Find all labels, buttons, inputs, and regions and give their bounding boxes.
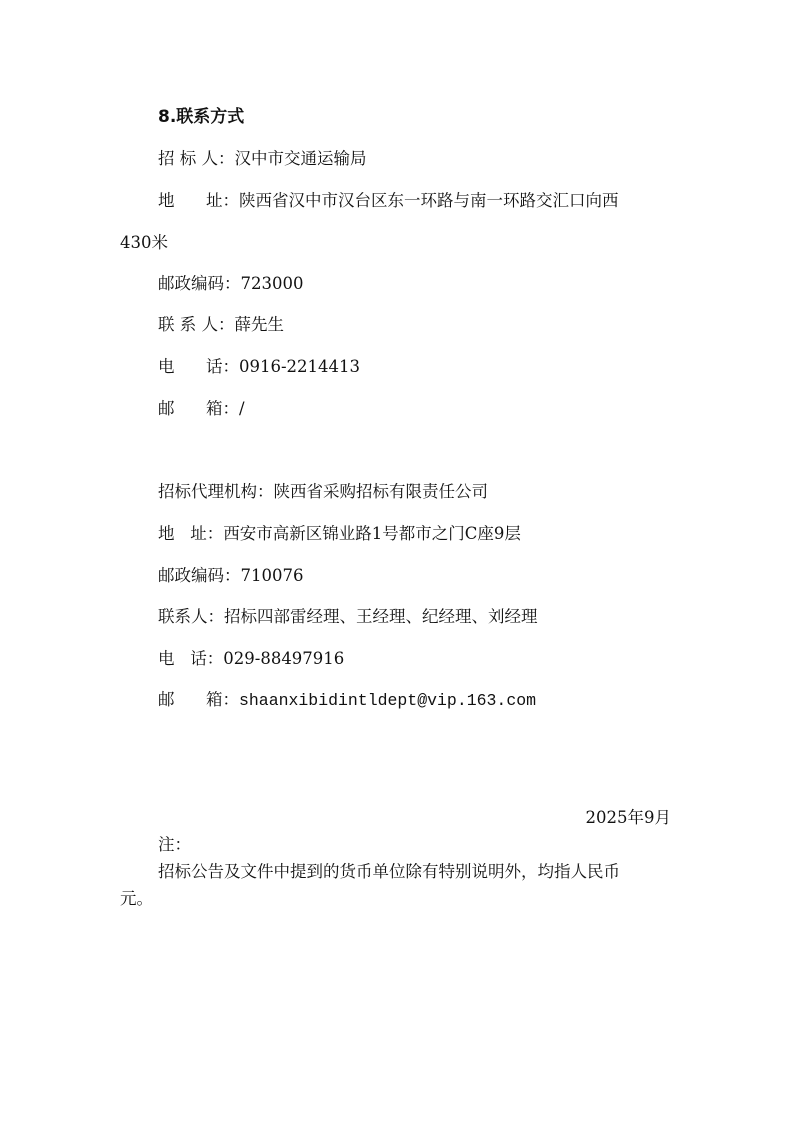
- tenderer-address-label: 地 址：: [158, 191, 239, 210]
- agency-name-label: 招标代理机构：: [158, 482, 274, 501]
- agency-name: 陕西省采购招标有限责任公司: [274, 482, 489, 501]
- agency-address-row: 地 址：西安市高新区锦业路1号都市之门C座9层: [158, 524, 521, 544]
- tenderer-phone: 0916-2214413: [239, 357, 360, 376]
- tenderer-name-row: 招 标 人：汉中市交通运输局: [158, 149, 367, 169]
- agency-contact-row: 联系人：招标四部雷经理、王经理、纪经理、刘经理: [158, 607, 538, 627]
- tenderer-contact: 薛先生: [235, 315, 285, 334]
- tenderer-phone-label: 电 话：: [158, 357, 239, 376]
- agency-phone-label: 电 话：: [158, 649, 223, 668]
- tenderer-address: 陕西省汉中市汉台区东一环路与南一环路交汇口向西: [239, 191, 619, 210]
- agency-name-row: 招标代理机构：陕西省采购招标有限责任公司: [158, 482, 488, 502]
- agency-address-label: 地 址：: [158, 524, 223, 543]
- agency-address: 西安市高新区锦业路1号都市之门C座9层: [223, 524, 521, 543]
- agency-email[interactable]: shaanxibidintldept@vip.163.com: [239, 691, 536, 710]
- agency-postcode-row: 邮政编码：710076: [158, 566, 304, 586]
- note-text-continuation: 元。: [120, 889, 153, 909]
- tenderer-contact-row: 联 系 人：薛先生: [158, 315, 284, 335]
- tenderer-address-row: 地 址：陕西省汉中市汉台区东一环路与南一环路交汇口向西: [158, 191, 618, 211]
- tenderer-name-label: 招 标 人：: [158, 149, 235, 168]
- agency-postcode-label: 邮政编码：: [158, 566, 241, 585]
- agency-postcode: 710076: [241, 566, 304, 585]
- agency-phone: 029-88497916: [223, 649, 344, 668]
- agency-phone-row: 电 话：029-88497916: [158, 649, 344, 669]
- note-label: 注：: [158, 835, 191, 855]
- section-heading: 8.联系方式: [158, 107, 244, 127]
- agency-contact-label: 联系人：: [158, 607, 224, 626]
- agency-contact: 招标四部雷经理、王经理、纪经理、刘经理: [224, 607, 538, 626]
- agency-email-label: 邮 箱：: [158, 690, 239, 709]
- tenderer-postcode-row: 邮政编码：723000: [158, 274, 304, 294]
- tenderer-email-label: 邮 箱：: [158, 399, 239, 418]
- tenderer-name: 汉中市交通运输局: [235, 149, 367, 168]
- tenderer-address-continuation: 430米: [120, 233, 168, 253]
- tenderer-postcode-label: 邮政编码：: [158, 274, 241, 293]
- tenderer-email-row: 邮 箱：/: [158, 399, 245, 419]
- tenderer-email: /: [239, 399, 245, 418]
- tenderer-phone-row: 电 话：0916-2214413: [158, 357, 360, 377]
- tenderer-contact-label: 联 系 人：: [158, 315, 235, 334]
- note-text: 招标公告及文件中提到的货币单位除有特别说明外，均指人民币: [158, 862, 620, 882]
- tenderer-postcode: 723000: [241, 274, 304, 293]
- document-date: 2025年9月: [586, 808, 672, 828]
- agency-email-row: 邮 箱：shaanxibidintldept@vip.163.com: [158, 690, 536, 711]
